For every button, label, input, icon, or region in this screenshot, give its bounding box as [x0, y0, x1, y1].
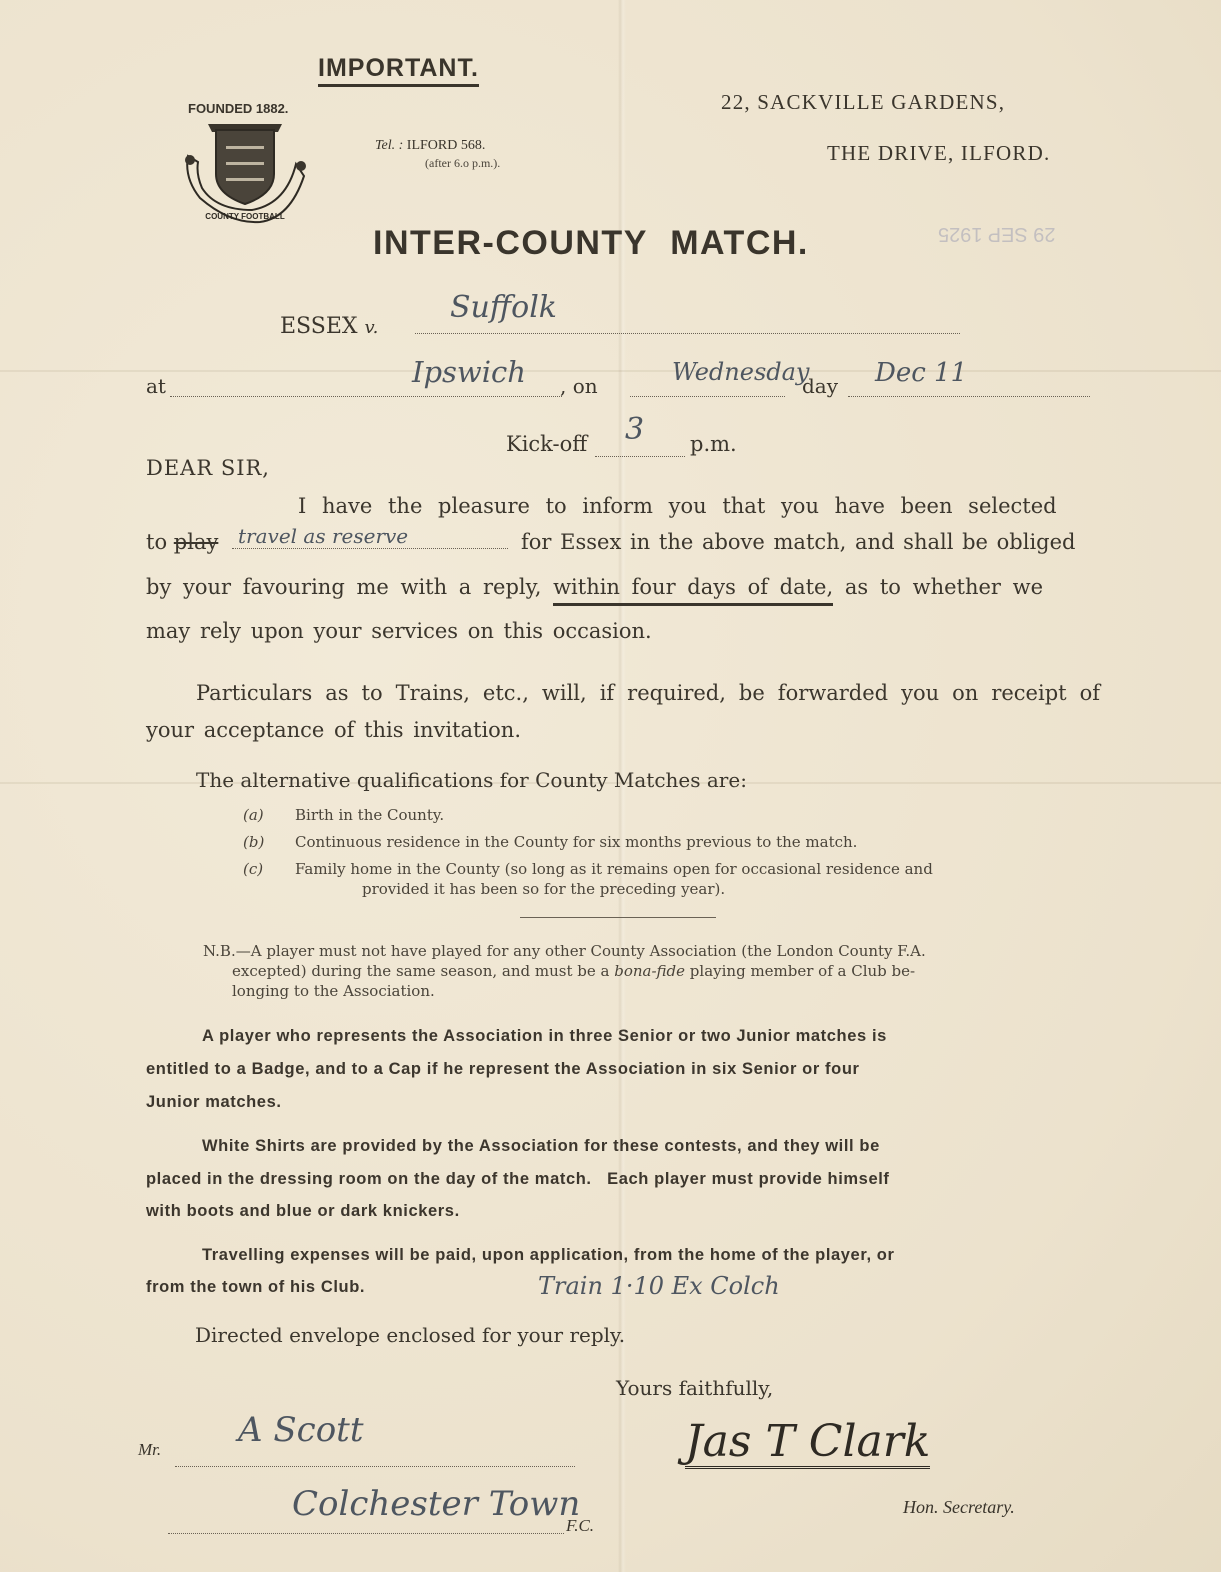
- recipient-club-field[interactable]: Colchester Town: [292, 1484, 580, 1524]
- signature: Jas T Clark: [685, 1418, 930, 1469]
- travel-line-1: Travelling expenses will be paid, upon a…: [202, 1246, 895, 1265]
- crest-icon: COUNTY FOOTBALL: [180, 118, 310, 226]
- marker-b: (b): [243, 833, 295, 851]
- role-field[interactable]: travel as reserve: [238, 524, 408, 548]
- nb-line2-post: playing member of a Club be-: [690, 962, 915, 980]
- shirts-line-2: placed in the dressing room on the day o…: [146, 1170, 890, 1189]
- document-title: INTER-COUNTY MATCH.: [373, 224, 809, 263]
- founded-label: FOUNDED 1882.: [188, 101, 288, 116]
- body-line-1: I have the pleasure to inform you that y…: [298, 494, 1098, 518]
- body-line-2-rest: for Essex in the above match, and shall …: [521, 530, 1076, 554]
- salutation: DEAR SIR,: [146, 456, 270, 480]
- qualification-c-cont: provided it has been so for the precedin…: [362, 880, 725, 898]
- telephone-note: (after 6.o p.m.).: [425, 156, 500, 171]
- particulars-paragraph: Particulars as to Trains, etc., will, if…: [146, 675, 1100, 749]
- nb-line2-pre: excepted) during the same season, and mu…: [232, 962, 609, 980]
- versus-label: v.: [365, 317, 379, 338]
- kickoff-suffix: p.m.: [690, 432, 737, 456]
- day-field-line: [630, 396, 785, 397]
- line3-pre: by your favouring me with a reply,: [146, 575, 541, 599]
- line3-post: as to whether we: [845, 575, 1043, 599]
- home-team-label: ESSEX v.: [280, 314, 378, 339]
- venue-field[interactable]: Ipswich: [412, 355, 526, 389]
- kickoff-label: Kick-off: [506, 432, 587, 456]
- address-line-1: 22, SACKVILLE GARDENS,: [721, 90, 1005, 115]
- shirts-line-3: with boots and blue or dark knickers.: [146, 1202, 460, 1221]
- day-field[interactable]: Wednesday: [672, 358, 809, 386]
- tel-label: Tel. :: [375, 138, 403, 153]
- address-line-2: THE DRIVE, ILFORD.: [827, 141, 1050, 166]
- badge-line-2: entitled to a Badge, and to a Cap if he …: [146, 1060, 860, 1079]
- closing: Yours faithfully,: [616, 1376, 773, 1400]
- opponent-field[interactable]: Suffolk: [450, 290, 557, 325]
- nb-line-2: excepted) during the same season, and mu…: [232, 962, 915, 980]
- deadline-underlined: within four days of date,: [553, 575, 833, 606]
- nb-line-3: longing to the Association.: [232, 982, 435, 1000]
- body-line-4: may rely upon your services on this occa…: [146, 619, 652, 643]
- on-label: , on: [560, 374, 598, 398]
- marker-a: (a): [243, 806, 295, 824]
- travel-note-field[interactable]: Train 1·10 Ex Colch: [538, 1272, 780, 1300]
- shirts-line-1: White Shirts are provided by the Associa…: [202, 1137, 880, 1156]
- marker-c: (c): [243, 860, 295, 878]
- tel-value: ILFORD 568.: [407, 138, 486, 153]
- badge-line-1: A player who represents the Association …: [202, 1027, 887, 1046]
- paper-fold: [0, 370, 1221, 372]
- at-label: at: [146, 374, 166, 398]
- recipient-name-field[interactable]: A Scott: [238, 1410, 364, 1450]
- qualification-c-text: Family home in the County (so long as it…: [295, 860, 933, 878]
- to-word: to: [146, 530, 167, 554]
- kickoff-field[interactable]: 3: [625, 412, 644, 447]
- date-field[interactable]: Dec 11: [875, 358, 967, 388]
- recipient-club-line: [168, 1533, 564, 1534]
- body-line-3: by your favouring me with a reply, withi…: [146, 575, 1043, 599]
- qualification-a: (a)Birth in the County.: [243, 806, 444, 824]
- venue-field-line: [170, 396, 562, 397]
- important-heading: IMPORTANT.: [318, 54, 479, 87]
- svg-text:COUNTY FOOTBALL: COUNTY FOOTBALL: [205, 212, 285, 221]
- opponent-field-line: [415, 333, 960, 334]
- day-label: day: [802, 374, 838, 398]
- travel-line-2: from the town of his Club.: [146, 1278, 365, 1297]
- signature-title: Hon. Secretary.: [903, 1497, 1015, 1518]
- divider: [520, 917, 716, 918]
- qualification-a-text: Birth in the County.: [295, 806, 444, 824]
- role-field-line: [232, 548, 508, 549]
- telephone-line: Tel. : ILFORD 568.: [375, 138, 485, 154]
- nb-line-1: N.B.—A player must not have played for a…: [203, 942, 926, 960]
- badge-line-3: Junior matches.: [146, 1093, 282, 1112]
- home-team: ESSEX: [280, 314, 358, 339]
- qualification-b-text: Continuous residence in the County for s…: [295, 833, 857, 851]
- mr-label: Mr.: [138, 1440, 161, 1460]
- struck-word-play: play: [174, 530, 219, 554]
- body-line-2: to play: [146, 530, 218, 554]
- date-field-line: [848, 396, 1090, 397]
- nb-italic: bona-fide: [614, 962, 685, 980]
- qualification-c: (c)Family home in the County (so long as…: [243, 860, 933, 878]
- recipient-name-line: [175, 1466, 575, 1467]
- envelope-note: Directed envelope enclosed for your repl…: [195, 1323, 625, 1347]
- date-stamp: 29 SEP 1925: [938, 222, 1056, 245]
- qualification-b: (b)Continuous residence in the County fo…: [243, 833, 857, 851]
- kickoff-field-line: [595, 456, 685, 457]
- qualifications-heading: The alternative qualifications for Count…: [196, 768, 747, 792]
- fc-label: F.C.: [566, 1516, 594, 1536]
